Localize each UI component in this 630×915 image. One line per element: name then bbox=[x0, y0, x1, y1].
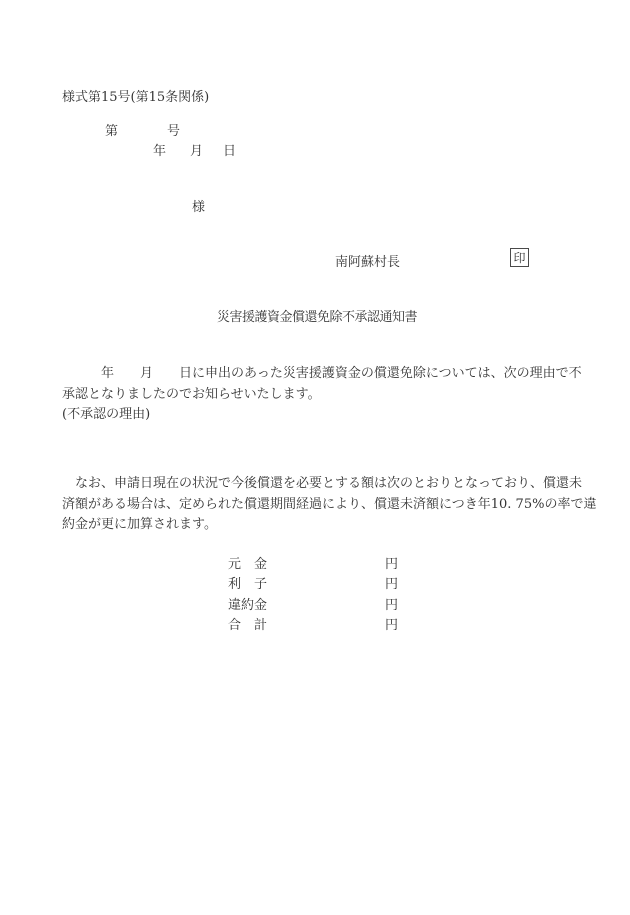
issue-date-line: 年月日 bbox=[153, 140, 236, 159]
body-paragraph-2: なお、申請日現在の状況で今後償還を必要とする額は次のとおりとなっており、償還未 … bbox=[62, 474, 596, 536]
sender-title: 南阿蘇村長 bbox=[335, 251, 400, 270]
amount-unit-yen: 円 bbox=[385, 614, 398, 633]
recipient-honorific: 様 bbox=[192, 196, 205, 215]
amount-row-total: 合 計 円 bbox=[228, 614, 398, 635]
rejection-reason-label: (不承認の理由) bbox=[62, 405, 582, 426]
amount-row-interest: 利 子 円 bbox=[228, 573, 398, 594]
amount-row-penalty: 違約金 円 bbox=[228, 593, 398, 614]
seal-stamp: 印 bbox=[510, 248, 529, 267]
amount-row-principal: 元 金 円 bbox=[228, 552, 398, 573]
amount-table: 元 金 円 利 子 円 違約金 円 合 計 円 bbox=[228, 552, 398, 634]
amount-label: 合 計 bbox=[228, 614, 267, 633]
amount-label: 違約金 bbox=[228, 594, 267, 613]
document-page: 様式第15号(第15条関係) 第号 年月日 様 南阿蘇村長 印 災害援護資金償還… bbox=[0, 0, 630, 915]
date-year-label: 年 bbox=[153, 144, 166, 159]
date-month-label: 月 bbox=[190, 144, 203, 159]
form-number-label: 様式第15号(第15条関係) bbox=[62, 86, 209, 105]
paragraph2-line-3: 約金が更に加算されます。 bbox=[62, 515, 596, 536]
date-day-label: 日 bbox=[223, 144, 236, 159]
paragraph1-line-2: 承認となりましたのでお知らせいたします。 bbox=[62, 385, 582, 406]
amount-unit-yen: 円 bbox=[385, 594, 398, 613]
amount-unit-yen: 円 bbox=[385, 553, 398, 572]
amount-label: 利 子 bbox=[228, 573, 267, 592]
body-paragraph-1: 年 月 日に申出のあった災害援護資金の償還免除については、次の理由で不 承認とな… bbox=[62, 364, 582, 426]
paragraph1-line-1: 年 月 日に申出のあった災害援護資金の償還免除については、次の理由で不 bbox=[62, 364, 582, 385]
document-number-line: 第号 bbox=[105, 120, 180, 139]
paragraph2-line-2: 済額がある場合は、定められた償還期間経過により、償還未済額につき年10. 75%… bbox=[62, 495, 596, 516]
doc-number-suffix: 号 bbox=[167, 124, 180, 139]
amount-unit-yen: 円 bbox=[385, 573, 398, 592]
doc-number-prefix: 第 bbox=[105, 124, 118, 139]
document-title: 災害援護資金償還免除不承認通知書 bbox=[217, 306, 417, 325]
amount-label: 元 金 bbox=[228, 553, 267, 572]
paragraph2-line-1: なお、申請日現在の状況で今後償還を必要とする額は次のとおりとなっており、償還未 bbox=[62, 474, 596, 495]
